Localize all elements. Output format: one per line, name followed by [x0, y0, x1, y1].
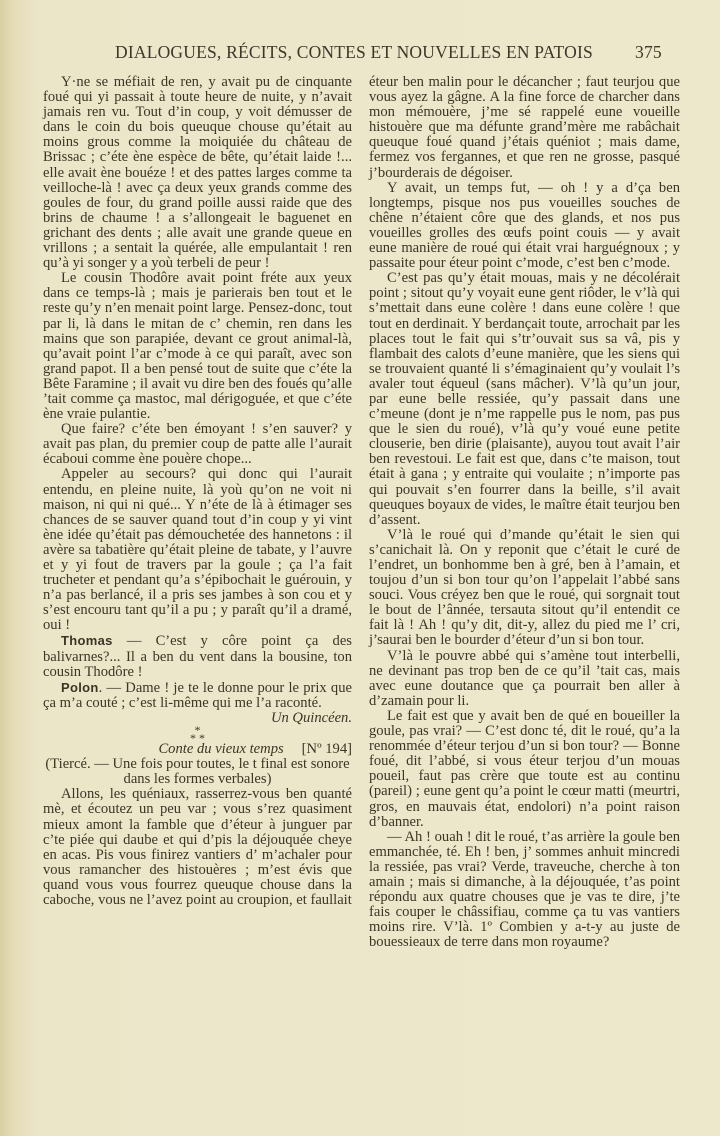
paragraph: Y avait, un temps fut, — oh ! y a d’ça b…: [369, 181, 680, 272]
paragraph: Allons, les quéniaux, rasserrez-vous ben…: [43, 787, 352, 908]
dialogue-line-thomas: Thomas — C’est y côre point ça des baliv…: [43, 633, 352, 679]
paragraph: C’est pas qu’y était mouas, mais y ne dé…: [369, 271, 680, 528]
paragraph: Y·ne se méfiait de ren, y avait pu de ci…: [43, 75, 352, 271]
editorial-note: (Tiercé. — Une fois pour toutes, le t fi…: [43, 757, 352, 787]
right-column: éteur ben malin pour le décancher ; faut…: [369, 75, 680, 950]
story-heading: Conte du vieux temps[Nº 194]: [43, 742, 352, 757]
dialogue-line-polon: Polon. — Dame ! je te le donne pour le p…: [43, 680, 352, 711]
paragraph: V’là le pouvre abbé qui s’amène tout int…: [369, 649, 680, 709]
left-column: Y·ne se méfiait de ren, y avait pu de ci…: [43, 75, 352, 908]
page-number: 375: [635, 42, 662, 63]
speaker-name: Polon: [61, 680, 99, 695]
story-number: [Nº 194]: [302, 741, 352, 757]
paragraph: Le cousin Thodôre avait point fréte aux …: [43, 271, 352, 422]
running-title: DIALOGUES, RÉCITS, CONTES ET NOUVELLES E…: [115, 42, 593, 63]
paragraph: Le fait est que y avait ben de qué en bo…: [369, 709, 680, 830]
running-header: DIALOGUES, RÉCITS, CONTES ET NOUVELLES E…: [0, 42, 720, 62]
paragraph: V’là le roué qui d’mande qu’était le sie…: [369, 528, 680, 649]
paragraph: Que faire? c’éte ben émoyant ! s’en sauv…: [43, 422, 352, 467]
paragraph: Appeler au secours? qui donc qui l’aurai…: [43, 467, 352, 633]
paragraph: — Ah ! ouah ! dit le roué, t’as arrière …: [369, 830, 680, 951]
story-title: Conte du vieux temps: [158, 741, 283, 757]
section-separator-asterism: ** *: [43, 726, 352, 742]
paragraph-continued: éteur ben malin pour le décancher ; faut…: [369, 75, 680, 181]
speaker-name: Thomas: [61, 633, 113, 648]
